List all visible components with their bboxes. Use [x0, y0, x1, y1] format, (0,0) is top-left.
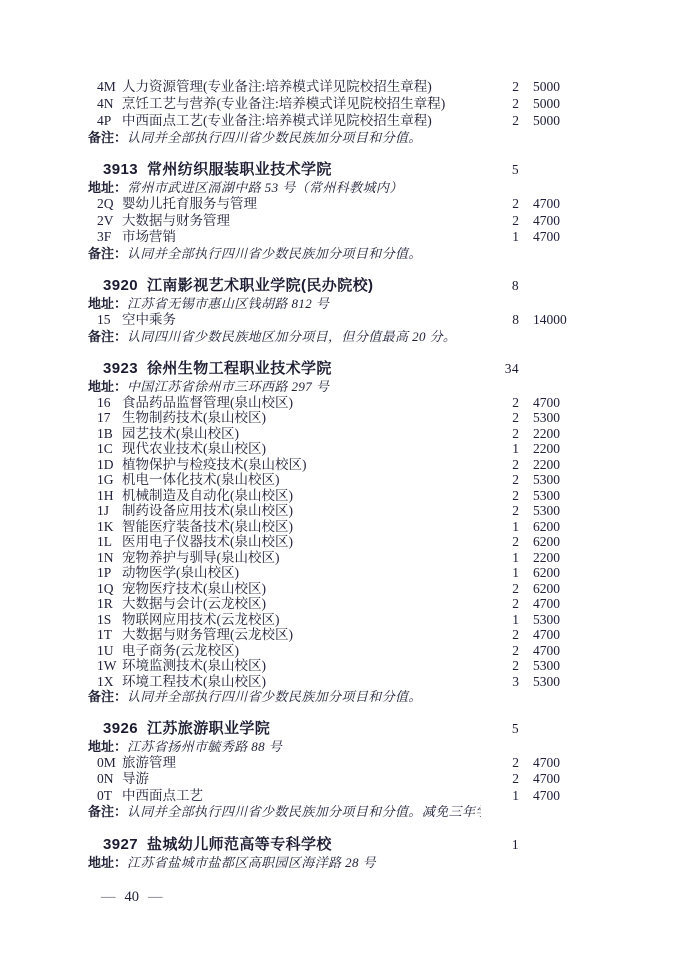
- major-tuition-fee: 2200: [519, 441, 595, 457]
- school-section: 4M人力资源管理(专业备注:培养模式详见院校招生章程)250004N烹饪工艺与营…: [88, 78, 595, 146]
- school-total-count: 5: [481, 160, 519, 180]
- major-name: 宠物养护与驯导(泉山校区): [122, 550, 280, 565]
- major-row: 2V大数据与财务管理24700: [88, 213, 595, 229]
- major-code: 1R: [97, 596, 122, 612]
- school-code: 3923: [103, 359, 147, 379]
- major-row: 1B园艺技术(泉山校区)22200: [88, 426, 595, 442]
- major-code: 0M: [97, 755, 122, 771]
- major-code: 1K: [97, 519, 122, 535]
- major-plan-count: 2: [481, 627, 519, 643]
- major-name: 人力资源管理(专业备注:培养模式详见院校招生章程): [122, 79, 432, 94]
- major-code: 15: [97, 312, 122, 328]
- note-label: 备注：: [88, 246, 127, 261]
- page-footer: — 40 —: [101, 889, 163, 906]
- major-name: 市场营销: [122, 229, 176, 244]
- note-text: 认同四川省少数民族地区加分项目，但分值最高 20 分。: [127, 329, 456, 344]
- major-plan-count: 1: [481, 550, 519, 566]
- school-address-row: 地址：江苏省扬州市毓秀路 88 号: [88, 739, 595, 755]
- major-name: 制药设备应用技术(泉山校区): [122, 503, 293, 518]
- major-name: 机电一体化技术(泉山校区): [122, 472, 280, 487]
- major-plan-count: 1: [481, 519, 519, 535]
- major-name: 婴幼儿托育服务与管理: [122, 196, 257, 211]
- major-plan-count: 2: [481, 410, 519, 426]
- major-name: 导游: [122, 771, 149, 786]
- major-plan-count: 1: [481, 565, 519, 581]
- major-plan-count: 2: [481, 395, 519, 411]
- major-tuition-fee: 4700: [519, 213, 595, 229]
- major-code: 1P: [97, 565, 122, 581]
- major-code: 4M: [97, 78, 122, 95]
- address-value: 江苏省扬州市毓秀路 88 号: [127, 739, 282, 754]
- footer-dash-right: —: [148, 889, 163, 906]
- major-row: 1W环境监测技术(泉山校区)25300: [88, 658, 595, 674]
- note-text: 认同并全部执行四川省少数民族加分项目和分值。减免三年学费: [127, 804, 481, 819]
- page-number: 40: [125, 889, 140, 906]
- major-name: 大数据与财务管理: [122, 213, 230, 228]
- major-plan-count: 2: [481, 488, 519, 504]
- major-code: 1S: [97, 612, 122, 628]
- major-tuition-fee: 5300: [519, 503, 595, 519]
- major-row: 0N导游24700: [88, 771, 595, 787]
- major-code: 1B: [97, 426, 122, 442]
- major-name: 中西面点工艺(专业备注:培养模式详见院校招生章程): [122, 113, 432, 128]
- school-code: 3920: [103, 276, 147, 296]
- major-plan-count: 2: [481, 503, 519, 519]
- major-plan-count: 2: [481, 426, 519, 442]
- major-tuition-fee: 14000: [519, 312, 595, 328]
- address-label: 地址：: [88, 296, 127, 311]
- major-tuition-fee: 5300: [519, 674, 595, 690]
- major-row: 4N烹饪工艺与营养(专业备注:培养模式详见院校招生章程)25000: [88, 95, 595, 112]
- note-label: 备注：: [88, 130, 127, 145]
- major-name: 大数据与会计(云龙校区): [122, 596, 266, 611]
- major-code: 1Q: [97, 581, 122, 597]
- major-plan-count: 2: [481, 112, 519, 129]
- major-plan-count: 2: [481, 78, 519, 95]
- major-tuition-fee: 4700: [519, 196, 595, 212]
- major-plan-count: 8: [481, 312, 519, 328]
- major-row: 1U电子商务(云龙校区)24700: [88, 643, 595, 659]
- major-name: 物联网应用技术(云龙校区): [122, 612, 280, 627]
- school-header-row: 3913常州纺织服装职业技术学院5: [88, 160, 595, 180]
- school-name: 江苏旅游职业学院: [147, 720, 270, 737]
- major-plan-count: 2: [481, 213, 519, 229]
- school-code: 3927: [103, 835, 147, 855]
- major-row: 3F市场营销14700: [88, 229, 595, 245]
- major-plan-count: 2: [481, 755, 519, 771]
- school-header-row: 3927盐城幼儿师范高等专科学校1: [88, 835, 595, 855]
- major-name: 生物制药技术(泉山校区): [122, 410, 266, 425]
- major-tuition-fee: 6200: [519, 519, 595, 535]
- major-name: 大数据与财务管理(云龙校区): [122, 627, 293, 642]
- school-section: 3926江苏旅游职业学院5地址：江苏省扬州市毓秀路 88 号0M旅游管理2470…: [88, 719, 595, 821]
- note-row: 备注：认同并全部执行四川省少数民族加分项目和分值。减免三年学费: [88, 804, 595, 820]
- major-name: 食品药品监督管理(泉山校区): [122, 395, 293, 410]
- major-tuition-fee: 6200: [519, 565, 595, 581]
- school-header-row: 3926江苏旅游职业学院5: [88, 719, 595, 739]
- school-name: 常州纺织服装职业技术学院: [147, 161, 332, 178]
- major-code: 4P: [97, 112, 122, 129]
- school-code: 3913: [103, 160, 147, 180]
- major-name: 宠物医疗技术(泉山校区): [122, 581, 266, 596]
- major-name: 空中乘务: [122, 312, 176, 327]
- major-plan-count: 3: [481, 674, 519, 690]
- address-value: 中国江苏省徐州市三环西路 297 号: [127, 379, 329, 394]
- major-tuition-fee: 5300: [519, 488, 595, 504]
- major-plan-count: 2: [481, 771, 519, 787]
- major-plan-count: 2: [481, 658, 519, 674]
- major-row: 17生物制药技术(泉山校区)25300: [88, 410, 595, 426]
- major-row: 1S物联网应用技术(云龙校区)15300: [88, 612, 595, 628]
- major-code: 0N: [97, 771, 122, 787]
- major-name: 环境监测技术(泉山校区): [122, 658, 266, 673]
- school-header-row: 3920江南影视艺术职业学院(民办院校)8: [88, 276, 595, 296]
- major-tuition-fee: 4700: [519, 755, 595, 771]
- school-name: 江南影视艺术职业学院(民办院校): [147, 277, 373, 294]
- major-code: 2Q: [97, 196, 122, 212]
- major-code: 1D: [97, 457, 122, 473]
- major-plan-count: 1: [481, 612, 519, 628]
- major-code: 1H: [97, 488, 122, 504]
- major-plan-count: 2: [481, 95, 519, 112]
- note-row: 备注：认同并全部执行四川省少数民族加分项目和分值。: [88, 129, 595, 146]
- major-code: 3F: [97, 229, 122, 245]
- major-code: 0T: [97, 788, 122, 804]
- major-code: 1L: [97, 534, 122, 550]
- major-plan-count: 1: [481, 441, 519, 457]
- major-name: 烹饪工艺与营养(专业备注:培养模式详见院校招生章程): [122, 96, 445, 111]
- major-tuition-fee: 4700: [519, 627, 595, 643]
- school-total-count: 34: [481, 359, 519, 379]
- major-plan-count: 2: [481, 472, 519, 488]
- major-row: 1L医用电子仪器技术(泉山校区)26200: [88, 534, 595, 550]
- note-text: 认同并全部执行四川省少数民族加分项目和分值。: [127, 246, 422, 261]
- major-tuition-fee: 5000: [519, 95, 595, 112]
- major-plan-count: 2: [481, 643, 519, 659]
- major-tuition-fee: 2200: [519, 426, 595, 442]
- note-label: 备注：: [88, 689, 127, 704]
- major-code: 1W: [97, 658, 122, 674]
- major-row: 1N宠物养护与驯导(泉山校区)12200: [88, 550, 595, 566]
- address-label: 地址：: [88, 379, 127, 394]
- major-row: 1K智能医疗装备技术(泉山校区)16200: [88, 519, 595, 535]
- address-label: 地址：: [88, 739, 127, 754]
- major-plan-count: 1: [481, 229, 519, 245]
- major-plan-count: 2: [481, 196, 519, 212]
- address-value: 江苏省无锡市惠山区钱胡路 812 号: [127, 296, 329, 311]
- major-tuition-fee: 5300: [519, 472, 595, 488]
- major-code: 2V: [97, 213, 122, 229]
- major-tuition-fee: 5000: [519, 78, 595, 95]
- major-tuition-fee: 4700: [519, 643, 595, 659]
- note-text: 认同并全部执行四川省少数民族加分项目和分值。: [127, 689, 422, 704]
- major-row: 1R大数据与会计(云龙校区)24700: [88, 596, 595, 612]
- document-page: 4M人力资源管理(专业备注:培养模式详见院校招生章程)250004N烹饪工艺与营…: [0, 0, 680, 961]
- major-row: 1Q宠物医疗技术(泉山校区)26200: [88, 581, 595, 597]
- major-code: 16: [97, 395, 122, 411]
- note-row: 备注：认同并全部执行四川省少数民族加分项目和分值。: [88, 246, 595, 262]
- address-label: 地址：: [88, 180, 127, 195]
- major-code: 1T: [97, 627, 122, 643]
- major-plan-count: 1: [481, 788, 519, 804]
- major-row: 1T大数据与财务管理(云龙校区)24700: [88, 627, 595, 643]
- major-tuition-fee: 4700: [519, 788, 595, 804]
- major-name: 智能医疗装备技术(泉山校区): [122, 519, 293, 534]
- major-code: 4N: [97, 95, 122, 112]
- school-section: 3927盐城幼儿师范高等专科学校1地址：江苏省盐城市盐都区高职园区海洋路 28 …: [88, 835, 595, 871]
- major-row: 1D植物保护与检疫技术(泉山校区)22200: [88, 457, 595, 473]
- major-plan-count: 2: [481, 457, 519, 473]
- major-name: 中西面点工艺: [122, 788, 203, 803]
- major-name: 动物医学(泉山校区): [122, 565, 239, 580]
- school-address-row: 地址：江苏省盐城市盐都区高职园区海洋路 28 号: [88, 855, 595, 871]
- address-value: 江苏省盐城市盐都区高职园区海洋路 28 号: [127, 855, 376, 870]
- major-row: 1C现代农业技术(泉山校区)12200: [88, 441, 595, 457]
- major-code: 1G: [97, 472, 122, 488]
- major-row: 1J制药设备应用技术(泉山校区)25300: [88, 503, 595, 519]
- major-plan-count: 2: [481, 534, 519, 550]
- major-row: 4M人力资源管理(专业备注:培养模式详见院校招生章程)25000: [88, 78, 595, 95]
- admissions-list: 4M人力资源管理(专业备注:培养模式详见院校招生章程)250004N烹饪工艺与营…: [88, 78, 595, 871]
- school-total-count: 8: [481, 276, 519, 296]
- school-total-count: 1: [481, 835, 519, 855]
- major-plan-count: 2: [481, 581, 519, 597]
- major-tuition-fee: 5300: [519, 658, 595, 674]
- note-row: 备注：认同四川省少数民族地区加分项目，但分值最高 20 分。: [88, 329, 595, 345]
- major-code: 1N: [97, 550, 122, 566]
- note-row: 备注：认同并全部执行四川省少数民族加分项目和分值。: [88, 689, 595, 705]
- note-label: 备注：: [88, 804, 127, 819]
- address-label: 地址：: [88, 855, 127, 870]
- major-tuition-fee: 2200: [519, 550, 595, 566]
- major-tuition-fee: 4700: [519, 771, 595, 787]
- major-row: 1G机电一体化技术(泉山校区)25300: [88, 472, 595, 488]
- major-tuition-fee: 6200: [519, 534, 595, 550]
- major-name: 现代农业技术(泉山校区): [122, 441, 266, 456]
- school-address-row: 地址：常州市武进区滆湖中路 53 号（常州科教城内）: [88, 180, 595, 196]
- major-name: 园艺技术(泉山校区): [122, 426, 239, 441]
- major-tuition-fee: 2200: [519, 457, 595, 473]
- major-row: 1P动物医学(泉山校区)16200: [88, 565, 595, 581]
- major-row: 1H机械制造及自动化(泉山校区)25300: [88, 488, 595, 504]
- address-value: 常州市武进区滆湖中路 53 号（常州科教城内）: [127, 180, 403, 195]
- major-tuition-fee: 4700: [519, 395, 595, 411]
- major-tuition-fee: 6200: [519, 581, 595, 597]
- major-name: 植物保护与检疫技术(泉山校区): [122, 457, 307, 472]
- major-code: 1U: [97, 643, 122, 659]
- major-code: 1X: [97, 674, 122, 690]
- major-row: 0T中西面点工艺14700: [88, 788, 595, 804]
- school-address-row: 地址：中国江苏省徐州市三环西路 297 号: [88, 379, 595, 395]
- major-code: 17: [97, 410, 122, 426]
- major-tuition-fee: 4700: [519, 229, 595, 245]
- major-tuition-fee: 5000: [519, 112, 595, 129]
- school-address-row: 地址：江苏省无锡市惠山区钱胡路 812 号: [88, 296, 595, 312]
- major-tuition-fee: 4700: [519, 596, 595, 612]
- school-section: 3913常州纺织服装职业技术学院5地址：常州市武进区滆湖中路 53 号（常州科教…: [88, 160, 595, 262]
- major-row: 16食品药品监督管理(泉山校区)24700: [88, 395, 595, 411]
- school-section: 3920江南影视艺术职业学院(民办院校)8地址：江苏省无锡市惠山区钱胡路 812…: [88, 276, 595, 345]
- major-row: 1X环境工程技术(泉山校区)35300: [88, 674, 595, 690]
- major-row: 15空中乘务814000: [88, 312, 595, 328]
- major-row: 2Q婴幼儿托育服务与管理24700: [88, 196, 595, 212]
- school-section: 3923徐州生物工程职业技术学院34地址：中国江苏省徐州市三环西路 297 号1…: [88, 359, 595, 705]
- school-code: 3926: [103, 719, 147, 739]
- major-tuition-fee: 5300: [519, 612, 595, 628]
- school-header-row: 3923徐州生物工程职业技术学院34: [88, 359, 595, 379]
- major-row: 4P中西面点工艺(专业备注:培养模式详见院校招生章程)25000: [88, 112, 595, 129]
- major-name: 电子商务(云龙校区): [122, 643, 239, 658]
- major-name: 医用电子仪器技术(泉山校区): [122, 534, 293, 549]
- note-label: 备注：: [88, 329, 127, 344]
- major-code: 1C: [97, 441, 122, 457]
- major-plan-count: 2: [481, 596, 519, 612]
- note-text: 认同并全部执行四川省少数民族加分项目和分值。: [127, 130, 422, 145]
- major-tuition-fee: 5300: [519, 410, 595, 426]
- major-code: 1J: [97, 503, 122, 519]
- major-row: 0M旅游管理24700: [88, 755, 595, 771]
- major-name: 旅游管理: [122, 755, 176, 770]
- major-name: 环境工程技术(泉山校区): [122, 674, 266, 689]
- major-name: 机械制造及自动化(泉山校区): [122, 488, 293, 503]
- school-total-count: 5: [481, 719, 519, 739]
- school-name: 徐州生物工程职业技术学院: [147, 360, 332, 377]
- footer-dash-left: —: [101, 889, 116, 906]
- school-name: 盐城幼儿师范高等专科学校: [147, 836, 332, 853]
